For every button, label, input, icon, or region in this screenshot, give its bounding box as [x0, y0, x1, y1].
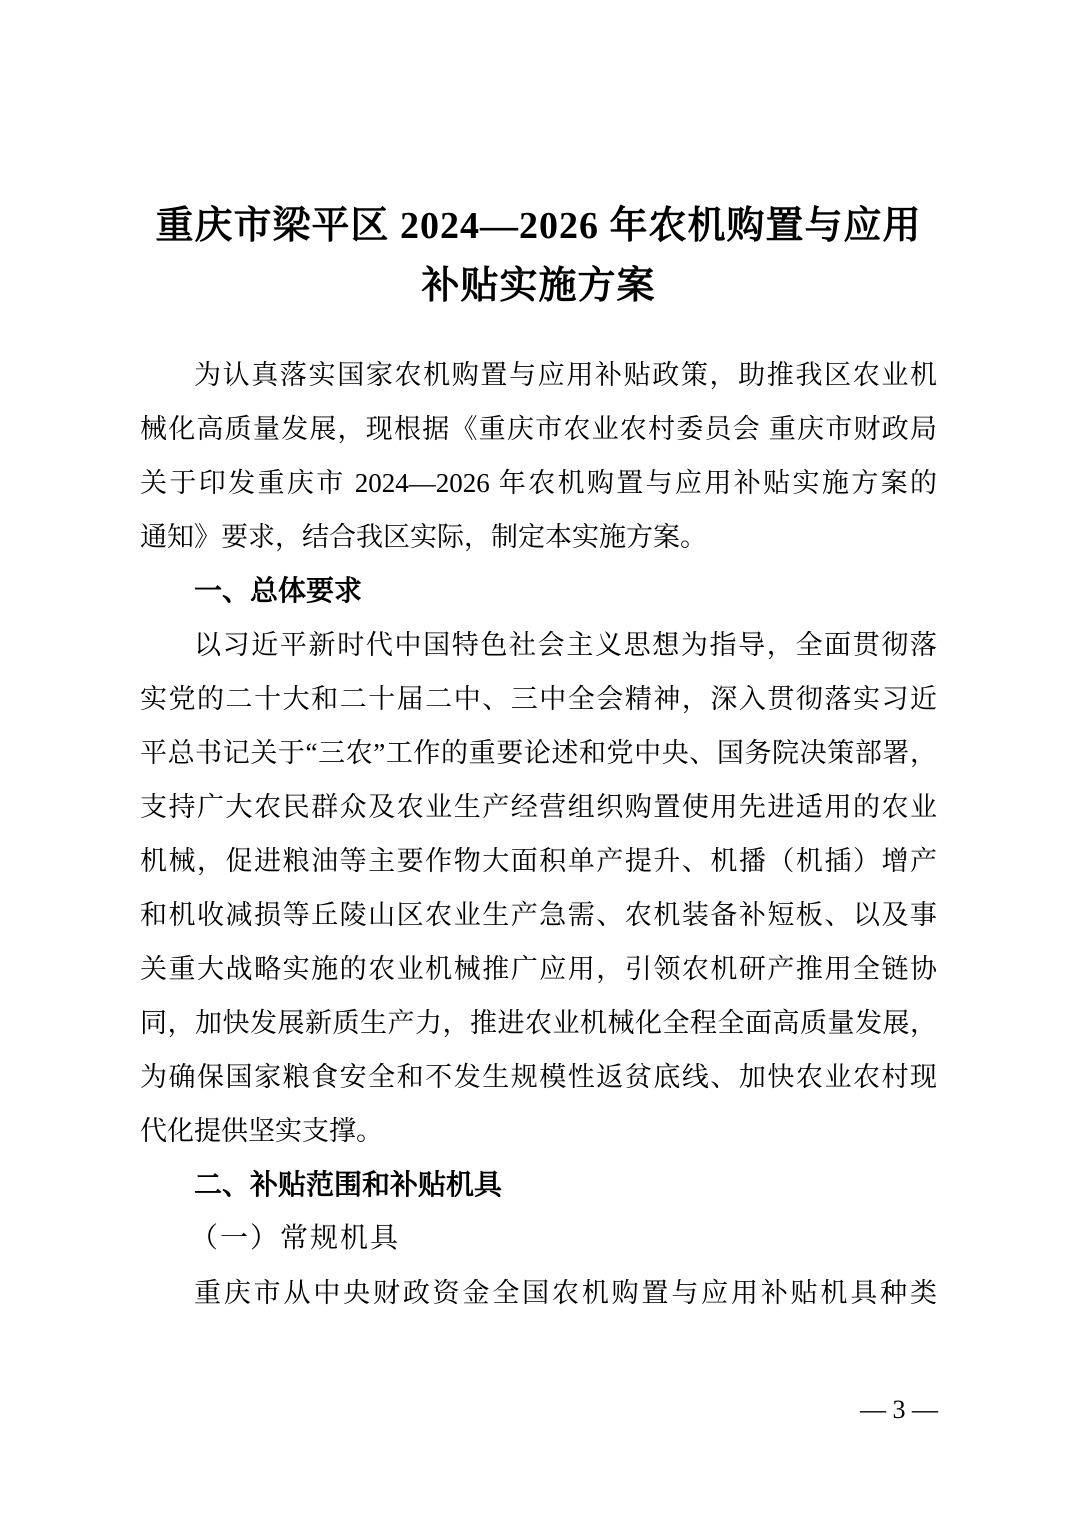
section-heading-1: 一、总体要求: [140, 564, 937, 618]
paragraph-line: 和机收减损等丘陵山区农业生产急需、农机装备补短板、以及事: [140, 888, 937, 942]
paragraph-line: 关于印发重庆市 2024—2026 年农机购置与应用补贴实施方案的: [140, 456, 937, 510]
document-title: 重庆市梁平区 2024—2026 年农机购置与应用 补贴实施方案: [140, 196, 937, 316]
paragraph-line: 通知》要求，结合我区实际，制定本实施方案。: [140, 510, 937, 564]
paragraph-line: 为认真落实国家农机购置与应用补贴政策，助推我区农业机: [140, 348, 937, 402]
paragraph-line: 实党的二十大和二十届二中、三中全会精神，深入贯彻落实习近: [140, 672, 937, 726]
intro-paragraph: 为认真落实国家农机购置与应用补贴政策，助推我区农业机 械化高质量发展，现根据《重…: [140, 348, 937, 564]
paragraph-line: 机械，促进粮油等主要作物大面积单产提升、机播（机插）增产: [140, 834, 937, 888]
paragraph-line: 关重大战略实施的农业机械推广应用，引领农机研产推用全链协: [140, 942, 937, 996]
paragraph-line: 以习近平新时代中国特色社会主义思想为指导，全面贯彻落: [140, 618, 937, 672]
paragraph-line: 支持广大农民群众及农业生产经营组织购置使用先进适用的农业: [140, 780, 937, 834]
paragraph-line: 为确保国家粮食安全和不发生规模性返贫底线、加快农业农村现: [140, 1050, 937, 1104]
scope-paragraph: 重庆市从中央财政资金全国农机购置与应用补贴机具种类: [140, 1266, 937, 1320]
paragraph-line: 同，加快发展新质生产力，推进农业机械化全程全面高质量发展，: [140, 996, 937, 1050]
paragraph-line: 重庆市从中央财政资金全国农机购置与应用补贴机具种类: [140, 1266, 937, 1320]
paragraph-line: 械化高质量发展，现根据《重庆市农业农村委员会 重庆市财政局: [140, 402, 937, 456]
document-page: 重庆市梁平区 2024—2026 年农机购置与应用 补贴实施方案 为认真落实国家…: [0, 0, 1074, 1520]
document-content: 重庆市梁平区 2024—2026 年农机购置与应用 补贴实施方案 为认真落实国家…: [140, 196, 937, 1320]
title-line: 补贴实施方案: [140, 256, 937, 316]
paragraph-line: 代化提供坚实支撑。: [140, 1104, 937, 1158]
paragraph-line: 平总书记关于“三农”工作的重要论述和党中央、国务院决策部署，: [140, 726, 937, 780]
page-number: — 3 —: [860, 1395, 938, 1425]
title-line: 重庆市梁平区 2024—2026 年农机购置与应用: [140, 196, 937, 256]
general-requirements-paragraph: 以习近平新时代中国特色社会主义思想为指导，全面贯彻落 实党的二十大和二十届二中、…: [140, 618, 937, 1158]
subsection-heading-regular-machinery: （一）常规机具: [140, 1212, 937, 1266]
section-heading-2: 二、补贴范围和补贴机具: [140, 1158, 937, 1212]
